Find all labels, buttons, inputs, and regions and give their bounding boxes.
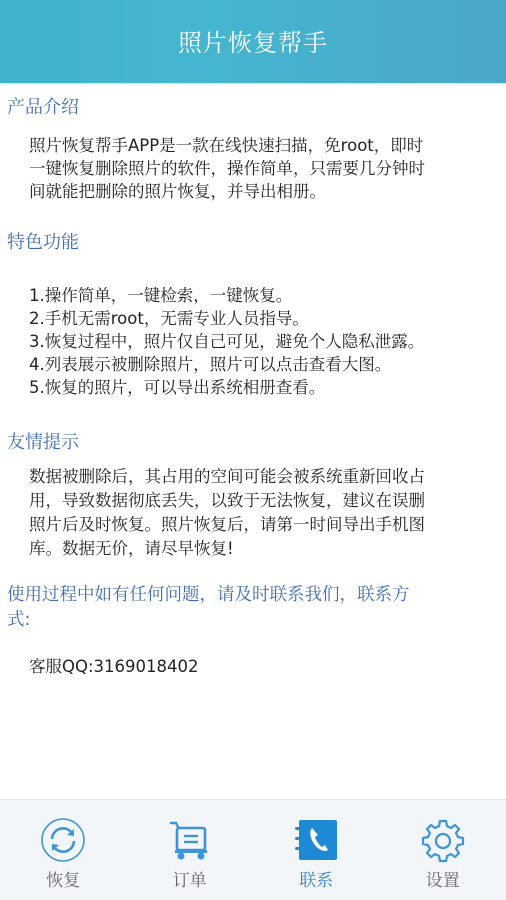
- tab-contact[interactable]: 联系: [253, 800, 380, 900]
- intro-line: 间就能把删除的照片恢复，并导出相册。: [29, 180, 501, 203]
- intro-line: 一键恢复删除照片的软件，操作简单，只需要几分钟时: [29, 157, 501, 180]
- app-header: 照片恢复帮手: [0, 0, 506, 83]
- tab-label: 恢复: [46, 866, 80, 891]
- tips-line: 数据被删除后，其占用的空间可能会被系统重新回收占: [29, 465, 501, 489]
- intro-paragraph: 照片恢复帮手APP是一款在线快速扫描，免root，即时 一键恢复删除照片的软件，…: [29, 134, 501, 203]
- section-title-features: 特色功能: [7, 228, 79, 254]
- feature-item: 3.恢复过程中，照片仅自己可见，避免个人隐私泄露。: [29, 330, 501, 353]
- section-title-intro: 产品介绍: [7, 93, 79, 119]
- features-list: 1.操作简单，一键检索，一键恢复。 2.手机无需root，无需专业人员指导。 3…: [29, 284, 501, 399]
- phone-book-icon: [293, 817, 339, 863]
- tips-line: 库。数据无价，请尽早恢复!: [29, 537, 501, 561]
- tips-line: 照片后及时恢复。照片恢复后，请第一时间导出手机图: [29, 513, 501, 537]
- feature-item: 1.操作简单，一键检索，一键恢复。: [29, 284, 501, 307]
- gear-icon: [420, 817, 466, 863]
- tab-recover[interactable]: 恢复: [0, 800, 127, 900]
- tab-label: 设置: [426, 866, 460, 891]
- cart-icon: [167, 817, 213, 863]
- page-title: 照片恢复帮手: [178, 23, 328, 58]
- customer-service-qq: 客服QQ:3169018402: [29, 655, 501, 678]
- feature-item: 4.列表展示被删除照片，照片可以点击查看大图。: [29, 353, 501, 376]
- feature-item: 5.恢复的照片，可以导出系统相册查看。: [29, 376, 501, 399]
- tips-paragraph: 数据被删除后，其占用的空间可能会被系统重新回收占 用，导致数据彻底丢失，以致于无…: [29, 465, 501, 561]
- section-title-tips: 友情提示: [7, 428, 79, 454]
- feature-item: 2.手机无需root，无需专业人员指导。: [29, 307, 501, 330]
- bottom-tab-bar: 恢复 订单 联系: [0, 799, 506, 900]
- contact-heading: 使用过程中如有任何问题，请及时联系我们，联系方 式:: [7, 583, 497, 633]
- refresh-icon: [40, 817, 86, 863]
- intro-line: 照片恢复帮手APP是一款在线快速扫描，免root，即时: [29, 134, 501, 157]
- tab-settings[interactable]: 设置: [380, 800, 506, 900]
- tab-orders[interactable]: 订单: [127, 800, 254, 900]
- contact-heading-line: 使用过程中如有任何问题，请及时联系我们，联系方: [7, 583, 497, 608]
- tab-label: 联系: [299, 866, 333, 891]
- tab-label: 订单: [173, 866, 207, 891]
- tips-line: 用，导致数据彻底丢失，以致于无法恢复，建议在误删: [29, 489, 501, 513]
- contact-heading-line: 式:: [7, 608, 497, 633]
